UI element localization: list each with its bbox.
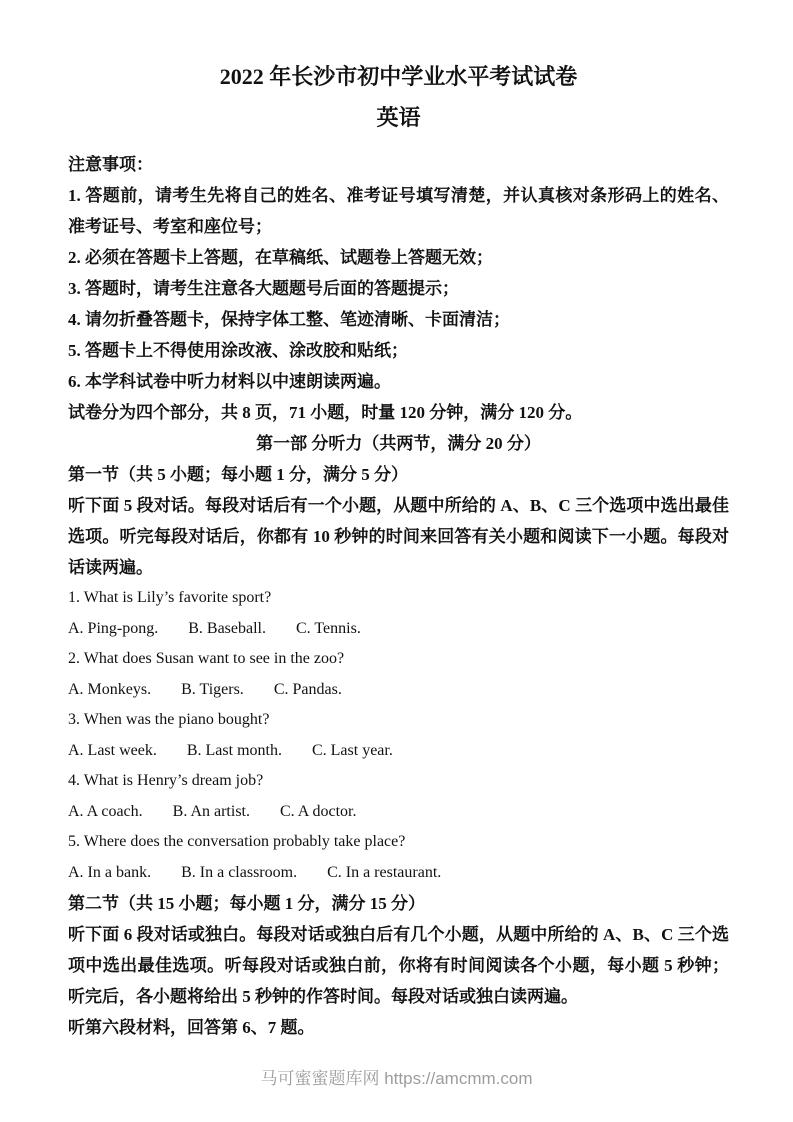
section2-material-note: 听第六段材料，回答第 6、7 题。 — [68, 1012, 729, 1043]
subject-title: 英语 — [68, 104, 729, 132]
option-5b: B. In a classroom. — [181, 864, 297, 881]
notice-item-6: 6. 本学科试卷中听力材料以中速朗读两遍。 — [68, 366, 729, 397]
question-options-2: A. Monkeys. B. Tigers. C. Pandas. — [68, 675, 729, 706]
question-options-3: A. Last week. B. Last month. C. Last yea… — [68, 736, 729, 767]
part1-heading: 第一部 分听力（共两节，满分 20 分） — [68, 428, 729, 459]
notice-item-3: 3. 答题时，请考生注意各大题题号后面的答题提示； — [68, 273, 729, 304]
exam-paper-page: 2022 年长沙市初中学业水平考试试卷 英语 注意事项： 1. 答题前，请考生先… — [0, 0, 793, 1122]
question-block-1: 1. What is Lily’s favorite sport? A. Pin… — [68, 583, 729, 644]
question-text-1: 1. What is Lily’s favorite sport? — [68, 583, 729, 614]
section2-heading: 第二节（共 15 小题；每小题 1 分，满分 15 分） — [68, 888, 729, 919]
option-3c: C. Last year. — [312, 742, 393, 759]
option-3a: A. Last week. — [68, 742, 157, 759]
page-title: 2022 年长沙市初中学业水平考试试卷 — [68, 0, 729, 92]
notice-item-1: 1. 答题前，请考生先将自己的姓名、准考证号填写清楚，并认真核对条形码上的姓名、… — [68, 180, 729, 242]
option-4a: A. A coach. — [68, 803, 143, 820]
option-4c: C. A doctor. — [280, 803, 356, 820]
option-5c: C. In a restaurant. — [327, 864, 441, 881]
question-options-4: A. A coach. B. An artist. C. A doctor. — [68, 797, 729, 828]
question-block-2: 2. What does Susan want to see in the zo… — [68, 644, 729, 705]
notice-item-2: 2. 必须在答题卡上答题，在草稿纸、试题卷上答题无效； — [68, 242, 729, 273]
footer-credit: 马可蜜蜜题库网 https://amcmm.com — [0, 1064, 793, 1089]
option-2c: C. Pandas. — [274, 681, 342, 698]
question-text-2: 2. What does Susan want to see in the zo… — [68, 644, 729, 675]
question-block-4: 4. What is Henry’s dream job? A. A coach… — [68, 766, 729, 827]
question-text-3: 3. When was the piano bought? — [68, 705, 729, 736]
option-1c: C. Tennis. — [296, 620, 361, 637]
question-block-3: 3. When was the piano bought? A. Last we… — [68, 705, 729, 766]
option-1a: A. Ping-pong. — [68, 620, 158, 637]
question-text-4: 4. What is Henry’s dream job? — [68, 766, 729, 797]
section2-instructions: 听下面 6 段对话或独白。每段对话或独白后有几个小题，从题中所给的 A、B、C … — [68, 919, 729, 1012]
exam-content: 2022 年长沙市初中学业水平考试试卷 英语 注意事项： 1. 答题前，请考生先… — [68, 0, 729, 1043]
question-options-1: A. Ping-pong. B. Baseball. C. Tennis. — [68, 614, 729, 645]
question-text-5: 5. Where does the conversation probably … — [68, 827, 729, 858]
option-5a: A. In a bank. — [68, 864, 151, 881]
section1-heading: 第一节（共 5 小题；每小题 1 分，满分 5 分） — [68, 459, 729, 490]
question-options-5: A. In a bank. B. In a classroom. C. In a… — [68, 858, 729, 889]
notice-item-4: 4. 请勿折叠答题卡，保持字体工整、笔迹清晰、卡面清洁； — [68, 304, 729, 335]
option-4b: B. An artist. — [173, 803, 250, 820]
section1-instructions: 听下面 5 段对话。每段对话后有一个小题，从题中所给的 A、B、C 三个选项中选… — [68, 490, 729, 583]
option-2a: A. Monkeys. — [68, 681, 151, 698]
option-1b: B. Baseball. — [188, 620, 266, 637]
option-2b: B. Tigers. — [181, 681, 244, 698]
notice-item-5: 5. 答题卡上不得使用涂改液、涂改胶和贴纸； — [68, 335, 729, 366]
question-block-5: 5. Where does the conversation probably … — [68, 827, 729, 888]
notice-heading: 注意事项： — [68, 149, 729, 180]
paper-info: 试卷分为四个部分，共 8 页，71 小题，时量 120 分钟，满分 120 分。 — [68, 397, 729, 428]
option-3b: B. Last month. — [187, 742, 282, 759]
